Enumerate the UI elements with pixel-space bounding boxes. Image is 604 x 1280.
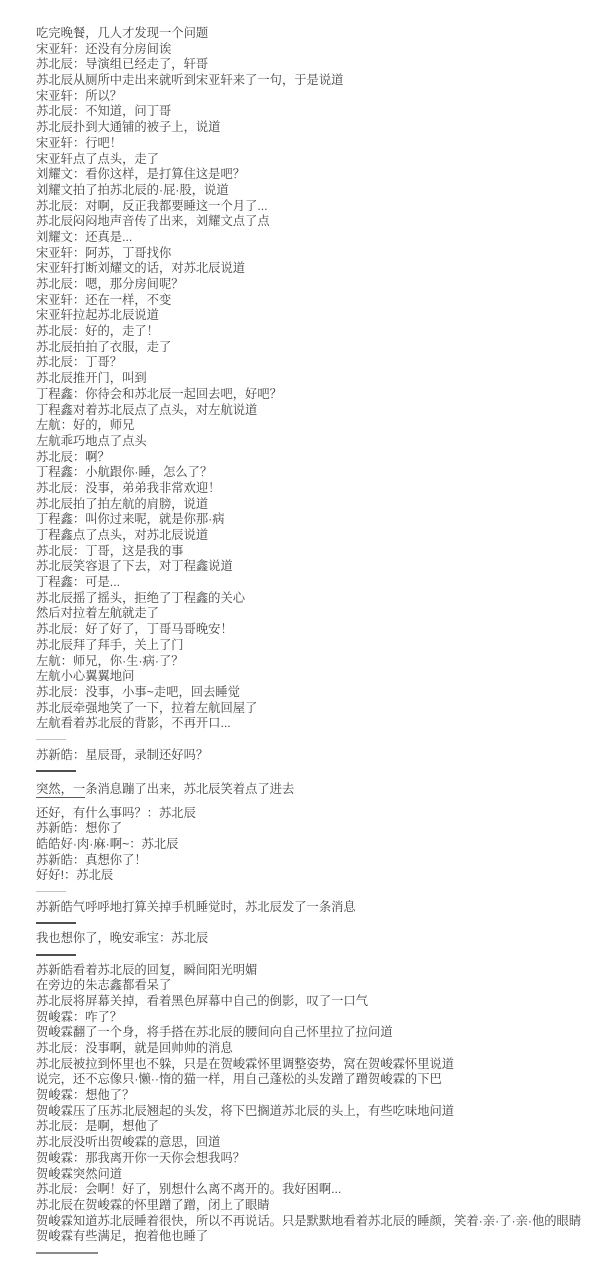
story-line: 苏北辰：嗯，那分房间呢？ bbox=[36, 277, 600, 293]
story-line: 左航看着苏北辰的背影，不再开口... bbox=[36, 716, 600, 732]
story-line-text: 贺峻霖知道苏北辰睡着很快，所以不再说话。只是默默地看着苏北辰的睡颜，笑着·亲·了… bbox=[36, 1214, 581, 1228]
story-line-text: 苏新皓：真想你了！ bbox=[36, 853, 147, 867]
story-line: 突然，一条消息蹦了出来，苏北辰笑着点了进去 bbox=[36, 782, 600, 798]
story-line-text: 苏北辰：会啊！好了，别想什么离不离开的。我好困啊... bbox=[36, 1182, 341, 1196]
divider-line bbox=[36, 954, 76, 956]
section-divider bbox=[36, 884, 600, 900]
divider-line bbox=[36, 1252, 98, 1254]
story-line-text: 在旁边的朱志鑫都看呆了 bbox=[36, 978, 171, 992]
story-line: 贺峻霖：想他了？ bbox=[36, 1088, 600, 1104]
story-line-text: 吃完晚餐，几人才发现一个问题 bbox=[36, 26, 208, 40]
story-line-text: 苏北辰：啊？ bbox=[36, 450, 110, 464]
story-line-text: 苏北辰：没事，弟弟我非常欢迎！ bbox=[36, 481, 220, 495]
story-line-text: 贺峻霖压了压苏北辰翘起的头发，将下巴搁道苏北辰的头上，有些吃味地问道 bbox=[36, 1104, 454, 1118]
divider-line bbox=[36, 739, 66, 740]
story-line-text: 苏北辰：导演组已经走了，轩哥 bbox=[36, 57, 208, 71]
story-line: 苏北辰：对啊，反正我都要睡这一个月了... bbox=[36, 199, 600, 215]
story-line-text: 苏北辰在贺峻霖的怀里蹭了蹭，闭上了眼睛 bbox=[36, 1198, 270, 1212]
story-line: 贺峻霖：那我离开你一天你会想我吗？ bbox=[36, 1151, 600, 1167]
story-line-text: 贺峻霖突然问道 bbox=[36, 1167, 122, 1181]
story-line-text: 苏北辰推开门，叫到 bbox=[36, 371, 147, 385]
story-line-text: 丁程鑫点了点头，对苏北辰说道 bbox=[36, 528, 208, 542]
story-line: 苏北辰在贺峻霖的怀里蹭了蹭，闭上了眼睛 bbox=[36, 1198, 600, 1214]
story-line: 苏北辰笑容退了下去，对丁程鑫说道 bbox=[36, 559, 600, 575]
story-line: 苏北辰牵强地笑了一下，拉着左航回屋了 bbox=[36, 701, 600, 717]
story-line: 苏北辰：丁哥，这是我的事 bbox=[36, 544, 600, 560]
story-line: 苏北辰拍拍了衣服，走了 bbox=[36, 340, 600, 356]
story-line-text: 皓皓好·肉·麻·啊~：苏北辰 bbox=[36, 837, 178, 851]
story-line-text: 丁程鑫：叫你过来呢，就是你那·病 bbox=[36, 512, 225, 526]
story-line: 苏北辰拍了拍左航的肩膀，说道 bbox=[36, 497, 600, 513]
story-line: 贺峻霖有些满足，抱着他也睡了 bbox=[36, 1229, 600, 1245]
story-line: 皓皓好·肉·麻·啊~：苏北辰 bbox=[36, 837, 600, 853]
story-line: 丁程鑫：叫你过来呢，就是你那·病 bbox=[36, 512, 600, 528]
section-divider bbox=[36, 947, 600, 963]
story-line-text: 还好，有什么事吗？：苏北辰 bbox=[36, 806, 196, 820]
divider-line bbox=[36, 770, 76, 772]
story-line: 丁程鑫：你待会和苏北辰一起回去吧，好吧？ bbox=[36, 387, 600, 403]
story-line-text: 苏北辰拜了拜手，关上了门 bbox=[36, 638, 184, 652]
story-line: 宋亚轩打断刘耀文的话，对苏北辰说道 bbox=[36, 261, 600, 277]
story-line-text: 苏北辰摇了摇头，拒绝了丁程鑫的关心 bbox=[36, 591, 245, 605]
story-line-text: 刘耀文：看你这样，是打算住这是吧？ bbox=[36, 167, 245, 181]
story-line: 刘耀文：看你这样，是打算住这是吧？ bbox=[36, 167, 600, 183]
story-line-text: 苏北辰没听出贺峻霖的意思，回道 bbox=[36, 1135, 220, 1149]
story-line-text: 贺峻霖：那我离开你一天你会想我吗？ bbox=[36, 1151, 245, 1165]
story-line: 苏北辰扑到大通铺的被子上，说道 bbox=[36, 120, 600, 136]
story-line: 左航乖巧地点了点头 bbox=[36, 434, 600, 450]
story-line-text: 苏北辰将屏幕关掉，看着黑色屏幕中自己的倒影，叹了一口气 bbox=[36, 994, 368, 1008]
story-line-text: 然后对拉着左航就走了 bbox=[36, 606, 159, 620]
story-line-text: 苏新皓：星辰哥，录制还好吗？ bbox=[36, 748, 208, 762]
story-line-text: 苏北辰：丁哥？ bbox=[36, 355, 122, 369]
story-line: 宋亚轩拉起苏北辰说道 bbox=[36, 308, 600, 324]
story-line-text: 宋亚轩点了点头，走了 bbox=[36, 152, 159, 166]
story-line: 贺峻霖：咋了？ bbox=[36, 1010, 600, 1026]
story-line: 左航：师兄，你·生·病·了？ bbox=[36, 654, 600, 670]
story-line: 苏北辰：好了好了，丁哥马哥晚安！ bbox=[36, 622, 600, 638]
story-line: 苏北辰从厕所中走出来就听到宋亚轩来了一句，于是说道 bbox=[36, 73, 600, 89]
story-line: 苏北辰：会啊！好了，别想什么离不离开的。我好困啊... bbox=[36, 1182, 600, 1198]
underlined-text: 突然，一 bbox=[36, 782, 85, 798]
story-line-text: 苏北辰从厕所中走出来就听到宋亚轩来了一句，于是说道 bbox=[36, 73, 343, 87]
story-line-text: 说完，还不忘像只·懒··惰的猫一样，用自己蓬松的头发蹭了蹭贺峻霖的下巴 bbox=[36, 1072, 442, 1086]
story-line-text: 条消息蹦了出来，苏北辰笑着点了进去 bbox=[85, 782, 294, 796]
story-line-text: 苏北辰被拉到怀里也不躲，只是在贺峻霖怀里调整姿势，窝在贺峻霖怀里说道 bbox=[36, 1057, 454, 1071]
story-line: 在旁边的朱志鑫都看呆了 bbox=[36, 978, 600, 994]
story-line: 贺峻霖压了压苏北辰翘起的头发，将下巴搁道苏北辰的头上，有些吃味地问道 bbox=[36, 1104, 600, 1120]
story-line: 苏新皓：星辰哥，录制还好吗？ bbox=[36, 748, 600, 764]
story-line-text: 宋亚轩：还在一样，不变 bbox=[36, 293, 171, 307]
story-line-text: 左航小心翼翼地问 bbox=[36, 669, 134, 683]
story-line-text: 贺峻霖有些满足，抱着他也睡了 bbox=[36, 1229, 208, 1243]
story-line-text: 苏北辰：好了好了，丁哥马哥晚安！ bbox=[36, 622, 233, 636]
story-line: 苏新皓气呼呼地打算关掉手机睡觉时，苏北辰发了一条消息 bbox=[36, 900, 600, 916]
divider-line bbox=[36, 891, 66, 892]
story-line: 苏北辰：好的，走了！ bbox=[36, 324, 600, 340]
story-line-text: 丁程鑫：小航跟你·睡，怎么了？ bbox=[36, 465, 212, 479]
section-divider bbox=[36, 1245, 600, 1261]
story-line: 贺峻霖突然问道 bbox=[36, 1167, 600, 1183]
story-line: 苏北辰推开门，叫到 bbox=[36, 371, 600, 387]
story-line-text: 苏北辰：不知道，问丁哥 bbox=[36, 104, 171, 118]
story-text-body: 吃完晚餐，几人才发现一个问题宋亚轩：还没有分房间诶苏北辰：导演组已经走了，轩哥苏… bbox=[0, 0, 604, 1261]
story-line-text: 苏北辰：好的，走了！ bbox=[36, 324, 159, 338]
story-line: 丁程鑫点了点头，对苏北辰说道 bbox=[36, 528, 600, 544]
story-line: 苏北辰：丁哥？ bbox=[36, 355, 600, 371]
section-divider bbox=[36, 916, 600, 932]
story-line-text: 左航：师兄，你·生·病·了？ bbox=[36, 654, 184, 668]
story-line-text: 苏北辰：丁哥，这是我的事 bbox=[36, 544, 184, 558]
story-line-text: 贺峻霖：想他了？ bbox=[36, 1088, 134, 1102]
story-line-text: 宋亚轩：还没有分房间诶 bbox=[36, 42, 171, 56]
story-line-text: 宋亚轩：所以？ bbox=[36, 89, 122, 103]
story-line: 苏北辰被拉到怀里也不躲，只是在贺峻霖怀里调整姿势，窝在贺峻霖怀里说道 bbox=[36, 1057, 600, 1073]
story-line: 苏北辰摇了摇头，拒绝了丁程鑫的关心 bbox=[36, 591, 600, 607]
story-line: 宋亚轩点了点头，走了 bbox=[36, 152, 600, 168]
story-line: 左航小心翼翼地问 bbox=[36, 669, 600, 685]
story-line-text: 丁程鑫：可是... bbox=[36, 575, 120, 589]
story-line: 宋亚轩：行吧！ bbox=[36, 136, 600, 152]
story-line-text: 苏北辰拍拍了衣服，走了 bbox=[36, 340, 171, 354]
story-line-text: 苏北辰拍了拍左航的肩膀，说道 bbox=[36, 497, 208, 511]
story-line: 丁程鑫对着苏北辰点了点头，对左航说道 bbox=[36, 403, 600, 419]
story-line-text: 宋亚轩：阿苏，丁哥找你 bbox=[36, 246, 171, 260]
story-line-text: 贺峻霖：咋了？ bbox=[36, 1010, 122, 1024]
story-line-text: 刘耀文：还真是... bbox=[36, 230, 132, 244]
story-line: 苏北辰：没事啊，就是回帅帅的消息 bbox=[36, 1041, 600, 1057]
story-line-text: 左航乖巧地点了点头 bbox=[36, 434, 147, 448]
story-line-text: 苏北辰：对啊，反正我都要睡这一个月了... bbox=[36, 199, 268, 213]
story-line: 苏北辰将屏幕关掉，看着黑色屏幕中自己的倒影，叹了一口气 bbox=[36, 994, 600, 1010]
story-line-text: 苏北辰牵强地笑了一下，拉着左航回屋了 bbox=[36, 701, 257, 715]
story-line: 苏北辰拜了拜手，关上了门 bbox=[36, 638, 600, 654]
section-divider bbox=[36, 732, 600, 748]
story-line: 苏北辰：不知道，问丁哥 bbox=[36, 104, 600, 120]
story-line: 苏新皓：真想你了！ bbox=[36, 853, 600, 869]
story-line-text: 左航：好的，师兄 bbox=[36, 418, 134, 432]
story-line-text: 刘耀文拍了拍苏北辰的·屁·股，说道 bbox=[36, 183, 229, 197]
story-line: 苏北辰：没事，弟弟我非常欢迎！ bbox=[36, 481, 600, 497]
story-line: 贺峻霖知道苏北辰睡着很快，所以不再说话。只是默默地看着苏北辰的睡颜，笑着·亲·了… bbox=[36, 1214, 600, 1230]
story-line-text: 苏北辰：是啊，想他了 bbox=[36, 1119, 159, 1133]
story-line: 贺峻霖翻了一个身，将手搭在苏北辰的腰间向自己怀里拉了拉问道 bbox=[36, 1025, 600, 1041]
story-line: 宋亚轩：所以？ bbox=[36, 89, 600, 105]
story-line: 丁程鑫：小航跟你·睡，怎么了？ bbox=[36, 465, 600, 481]
story-line-text: 苏北辰扑到大通铺的被子上，说道 bbox=[36, 120, 220, 134]
story-line-text: 苏新皓：想你了 bbox=[36, 821, 122, 835]
story-line-text: 丁程鑫：你待会和苏北辰一起回去吧，好吧？ bbox=[36, 387, 282, 401]
story-line: 左航：好的，师兄 bbox=[36, 418, 600, 434]
section-divider bbox=[36, 763, 600, 779]
story-line: 刘耀文：还真是... bbox=[36, 230, 600, 246]
story-line: 然后对拉着左航就走了 bbox=[36, 606, 600, 622]
story-line: 苏北辰没听出贺峻霖的意思，回道 bbox=[36, 1135, 600, 1151]
divider-line bbox=[36, 922, 76, 924]
story-line: 丁程鑫：可是... bbox=[36, 575, 600, 591]
story-line: 宋亚轩：还在一样，不变 bbox=[36, 293, 600, 309]
story-line-text: 贺峻霖翻了一个身，将手搭在苏北辰的腰间向自己怀里拉了拉问道 bbox=[36, 1025, 393, 1039]
story-line: 还好，有什么事吗？：苏北辰 bbox=[36, 806, 600, 822]
story-line: 说完，还不忘像只·懒··惰的猫一样，用自己蓬松的头发蹭了蹭贺峻霖的下巴 bbox=[36, 1072, 600, 1088]
story-line: 苏新皓：想你了 bbox=[36, 821, 600, 837]
story-line: 苏北辰：没事，小事~走吧，回去睡觉 bbox=[36, 685, 600, 701]
story-line-text: 左航看着苏北辰的背影，不再开口... bbox=[36, 716, 231, 730]
story-line-text: 苏新皓气呼呼地打算关掉手机睡觉时，苏北辰发了一条消息 bbox=[36, 900, 356, 914]
story-line-text: 苏北辰闷闷地声音传了出来，刘耀文点了点 bbox=[36, 214, 270, 228]
story-line: 苏北辰闷闷地声音传了出来，刘耀文点了点 bbox=[36, 214, 600, 230]
document-page: 吃完晚餐，几人才发现一个问题宋亚轩：还没有分房间诶苏北辰：导演组已经走了，轩哥苏… bbox=[0, 0, 604, 1280]
story-line: 苏北辰：啊？ bbox=[36, 450, 600, 466]
story-line: 好好!：苏北辰 bbox=[36, 868, 600, 884]
story-line-text: 苏北辰笑容退了下去，对丁程鑫说道 bbox=[36, 559, 233, 573]
story-line-text: 宋亚轩打断刘耀文的话，对苏北辰说道 bbox=[36, 261, 245, 275]
story-line: 苏新皓看着苏北辰的回复，瞬间阳光明媚 bbox=[36, 963, 600, 979]
story-line: 苏北辰：导演组已经走了，轩哥 bbox=[36, 57, 600, 73]
story-line: 我也想你了，晚安乖宝：苏北辰 bbox=[36, 931, 600, 947]
story-line-text: 苏北辰：没事啊，就是回帅帅的消息 bbox=[36, 1041, 233, 1055]
story-line: 吃完晚餐，几人才发现一个问题 bbox=[36, 26, 600, 42]
story-line-text: 苏新皓看着苏北辰的回复，瞬间阳光明媚 bbox=[36, 963, 257, 977]
story-line: 宋亚轩：还没有分房间诶 bbox=[36, 42, 600, 58]
story-line: 刘耀文拍了拍苏北辰的·屁·股，说道 bbox=[36, 183, 600, 199]
story-line: 苏北辰：是啊，想他了 bbox=[36, 1119, 600, 1135]
story-line-text: 丁程鑫对着苏北辰点了点头，对左航说道 bbox=[36, 403, 257, 417]
story-line-text: 好好!：苏北辰 bbox=[36, 868, 113, 882]
story-line: 宋亚轩：阿苏，丁哥找你 bbox=[36, 246, 600, 262]
story-line-text: 宋亚轩拉起苏北辰说道 bbox=[36, 308, 159, 322]
story-line-text: 苏北辰：嗯，那分房间呢？ bbox=[36, 277, 184, 291]
story-line-text: 宋亚轩：行吧！ bbox=[36, 136, 122, 150]
story-line-text: 苏北辰：没事，小事~走吧，回去睡觉 bbox=[36, 685, 240, 699]
story-line-text: 我也想你了，晚安乖宝：苏北辰 bbox=[36, 931, 208, 945]
